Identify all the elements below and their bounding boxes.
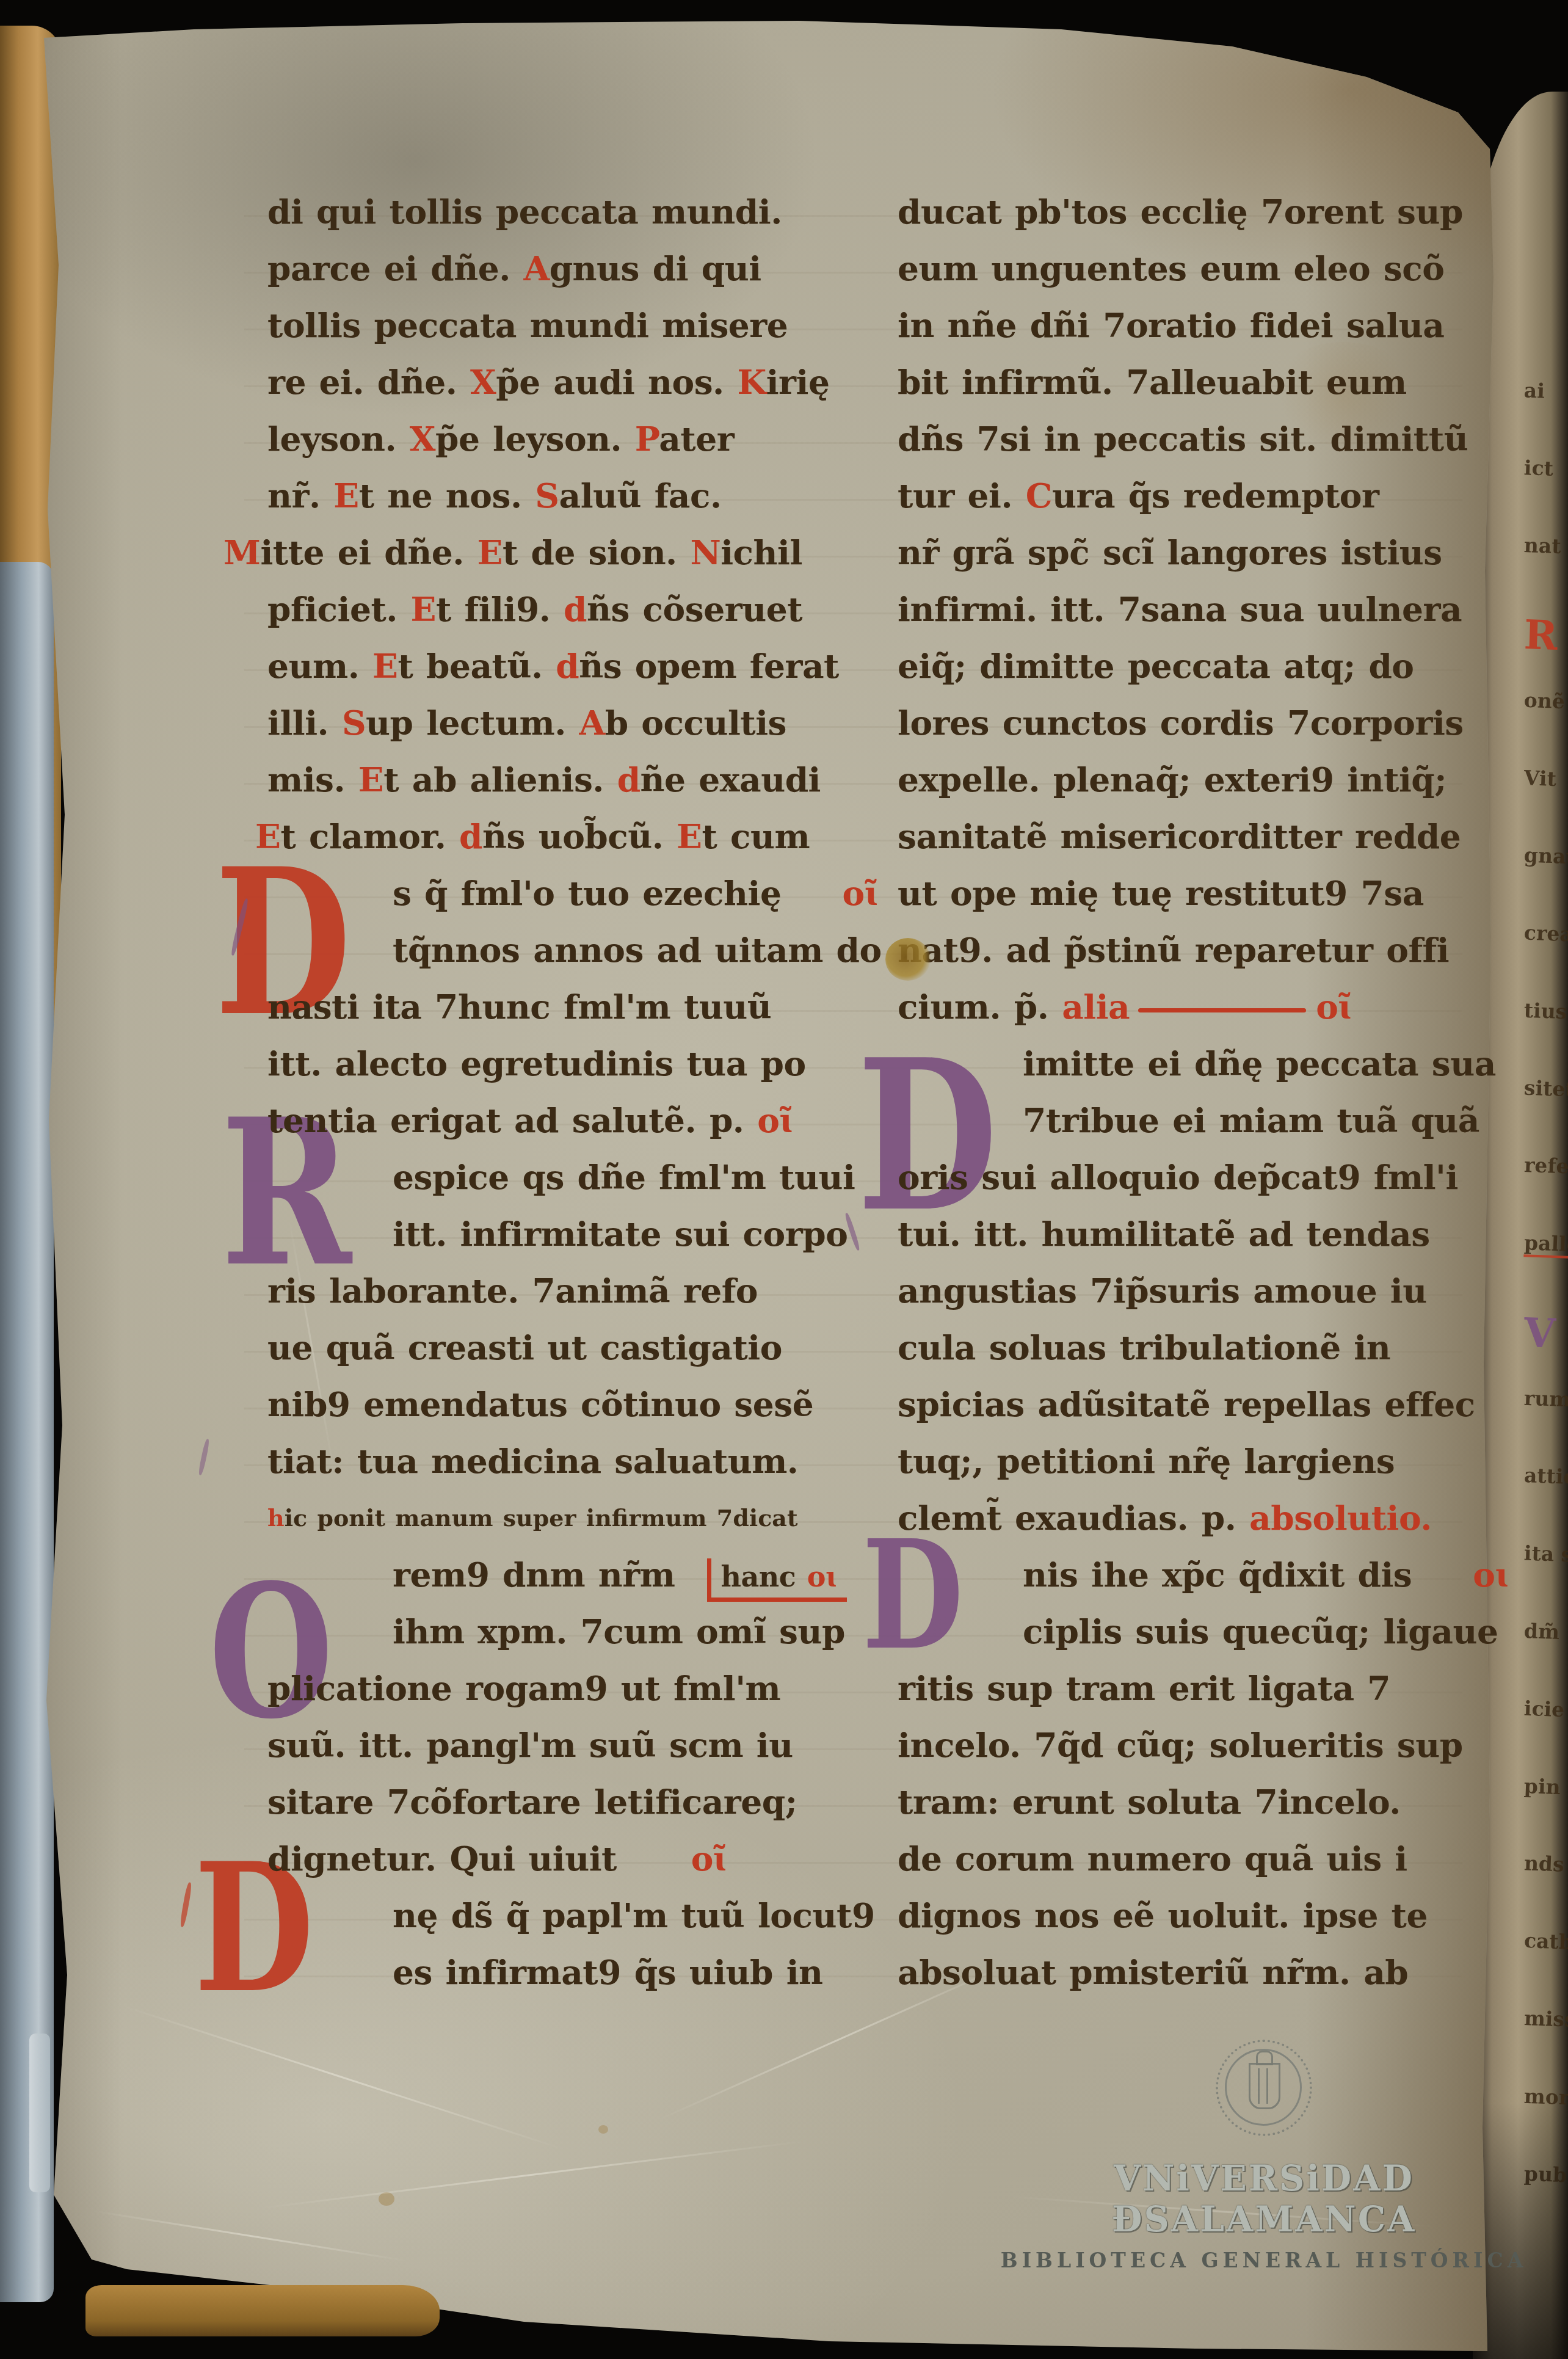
- text-segment: suũ. itt. pangl'm suũ scm iu: [267, 1725, 793, 1765]
- manuscript-line: ducat pb'tos ecclię 7orent sup: [898, 183, 1450, 240]
- manuscript-line: leyson. Xp̃e leyson. Pater: [267, 410, 820, 467]
- edge-fragment: ai: [1523, 378, 1545, 402]
- text-segment: ut ope mię tuę restitut9 7sa: [898, 873, 1424, 913]
- text-segment: ñs opem ferat: [579, 646, 839, 686]
- text-segment: S: [535, 476, 559, 515]
- page-corner-curl: [85, 2285, 440, 2336]
- text-segment: N: [690, 533, 720, 572]
- text-segment: expelle. plenaq̃; exteri9 intiq̃;: [898, 760, 1446, 799]
- edge-fragment: nds 7: [1523, 1851, 1568, 1877]
- text-segment: imitte ei dñę peccata sua: [1023, 1044, 1496, 1083]
- manuscript-line: ihm xpm. 7cum omĩ sup: [267, 1603, 820, 1660]
- text-segment: tui. itt. humilitatẽ ad tendas: [898, 1214, 1430, 1254]
- manuscript-line: incelo. 7q̃d cũq; solueritis sup: [898, 1717, 1450, 1773]
- text-segment: aluũ fac.: [559, 476, 722, 515]
- manuscript-line: tiat: tua medicina saluatum.: [267, 1433, 820, 1489]
- text-segment: E: [255, 816, 280, 856]
- text-segment: h: [267, 1504, 285, 1532]
- manuscript-line: expelle. plenaq̃; exteri9 intiq̃;: [898, 751, 1450, 808]
- text-segment: clemt̃ exaudias. p.: [898, 1498, 1249, 1538]
- text-segment: dignos nos eẽ uoluit. ipse te: [898, 1896, 1428, 1935]
- manuscript-line: mis. Et ab alienis. dñe exaudi: [267, 751, 820, 808]
- manuscript-line: pficiet. Et fili9. dñs cõseruet: [267, 581, 820, 638]
- text-segment: pficiet.: [267, 589, 411, 629]
- manuscript-line: nę ds̃ q̃ papl'm tuũ locut9: [267, 1887, 820, 1944]
- text-segment: d: [617, 760, 641, 799]
- text-segment: di qui tollis peccata mundi.: [267, 192, 782, 231]
- manuscript-line: itt. alecto egretudinis tua po: [267, 1035, 820, 1092]
- manuscript-line: plicatione rogam9 ut fml'm: [267, 1660, 820, 1717]
- manuscript-line: absoluat pmisteriũ nr̃m. ab: [898, 1944, 1450, 2001]
- university-seal-icon: [1216, 2040, 1312, 2136]
- manuscript-line: s q̃ fml'o tuo ezechięoɩ̃: [267, 865, 820, 921]
- text-segment: P: [635, 419, 659, 459]
- text-segment: absolutio.: [1249, 1498, 1432, 1538]
- manuscript-line: tui. itt. humilitatẽ ad tendas: [898, 1205, 1450, 1262]
- text-segment: leyson.: [267, 419, 410, 459]
- text-column-right: ducat pb'tos ecclię 7orent supeum unguen…: [898, 183, 1450, 2001]
- text-segment: espice qs dñe fml'm tuui: [393, 1157, 855, 1197]
- text-segment: 7tribue ei miam tuã quã: [1023, 1100, 1479, 1140]
- manuscript-line: 7tribue ei miam tuã quã: [898, 1092, 1450, 1149]
- manuscript-line: ue quã creasti ut castigatio: [267, 1319, 820, 1376]
- text-segment: A: [579, 703, 604, 743]
- manuscript-line: nasti ita 7hunc fml'm tuuũ: [267, 978, 820, 1035]
- edge-fragment: V: [1523, 1309, 1556, 1358]
- stamp-library-name: BIBLIOTECA GENERAL HISTÓRICA: [989, 2248, 1539, 2272]
- manuscript-line: suũ. itt. pangl'm suũ scm iu: [267, 1717, 820, 1773]
- manuscript-line: ut ope mię tuę restitut9 7sa: [898, 865, 1450, 921]
- text-segment: E: [333, 476, 358, 515]
- edge-fragment: rum: [1523, 1386, 1568, 1412]
- text-segment: tram: erunt soluta 7incelo.: [898, 1782, 1401, 1822]
- manuscript-line: infirmi. itt. 7sana sua uulnera: [898, 581, 1450, 638]
- edge-fragment: pin: [1523, 1774, 1561, 1799]
- edge-fragment: missio: [1523, 2006, 1568, 2032]
- manuscript-line: sanitatẽ misericorditter redde: [898, 808, 1450, 865]
- edge-fragment: icie: [1523, 1696, 1564, 1721]
- text-segment: ater: [659, 419, 734, 459]
- text-segment: d: [459, 816, 482, 856]
- seal-shield: [1249, 2063, 1280, 2109]
- edge-fragment: ita s: [1523, 1541, 1568, 1567]
- stain-spot: [598, 2125, 608, 2134]
- text-segment: re ei. dñe.: [267, 362, 470, 402]
- manuscript-line: spicias adũsitatẽ repellas effec: [898, 1376, 1450, 1433]
- text-segment: t fili9.: [436, 589, 564, 629]
- manuscript-line: espice qs dñe fml'm tuui: [267, 1149, 820, 1205]
- text-segment: S: [342, 703, 366, 743]
- manuscript-line: ciplis suis quecũq; ligaue: [898, 1603, 1450, 1660]
- edge-fragment: Vit: [1523, 766, 1556, 791]
- manuscript-line: ris laborante. 7animã refo: [267, 1262, 820, 1319]
- text-segment: E: [411, 589, 436, 629]
- text-segment: ichil: [720, 533, 802, 572]
- text-segment: ñe exaudi: [641, 760, 821, 799]
- text-segment: eiq̃; dimitte peccata atq; do: [898, 646, 1414, 686]
- edge-fragment: R: [1523, 611, 1559, 660]
- manuscript-line: ritis sup tram erit ligata 7: [898, 1660, 1450, 1717]
- text-segment: cium. p̃.: [898, 987, 1062, 1027]
- edge-fragment: referu: [1523, 1153, 1568, 1179]
- text-segment: tollis peccata mundi misere: [267, 305, 788, 345]
- manuscript-line: cula soluas tribulationẽ in: [898, 1319, 1450, 1376]
- text-segment: itte ei dñe.: [260, 533, 477, 572]
- text-segment: t clamor.: [280, 816, 459, 856]
- text-segment: tuq;, petitioni nr̃ę largiens: [898, 1441, 1395, 1481]
- text-segment: X: [410, 419, 435, 459]
- text-segment: absoluat pmisteriũ nr̃m. ab: [898, 1952, 1408, 1992]
- manuscript-line: re ei. dñe. Xp̃e audi nos. Kirię: [267, 354, 820, 410]
- manuscript-line: tollis peccata mundi misere: [267, 297, 820, 354]
- edge-fragment: nat: [1523, 533, 1561, 558]
- text-segment: oɩ: [1473, 1555, 1508, 1594]
- text-segment: t ne nos.: [359, 476, 535, 515]
- text-segment: eum.: [267, 646, 372, 686]
- red-rule: [1138, 1008, 1306, 1012]
- text-segment: ic ponit manum super infirmum 7dicat: [285, 1504, 798, 1532]
- text-segment: oɩ̃: [1316, 987, 1351, 1027]
- text-segment: lores cunctos cordis 7corporis: [898, 703, 1464, 743]
- text-segment: incelo. 7q̃d cũq; solueritis sup: [898, 1725, 1463, 1765]
- edge-fragment: gnat: [1523, 843, 1568, 869]
- text-segment: mis.: [267, 760, 358, 799]
- text-segment: tur ei.: [898, 476, 1026, 515]
- rubric-note-box: hanc oɩ: [707, 1558, 847, 1602]
- manuscript-line: eiq̃; dimitte peccata atq; do: [898, 638, 1450, 694]
- text-segment: de corum numero quã uis i: [898, 1839, 1407, 1878]
- text-segment: dñs 7si in peccatis sit. dimittũ: [898, 419, 1468, 459]
- manuscript-photo: aiictnatRonẽVitgnatcreatiussitetreferupa…: [0, 0, 1568, 2359]
- text-segment: s q̃ fml'o tuo ezechię: [393, 873, 781, 913]
- text-segment: nasti ita 7hunc fml'm tuuũ: [267, 987, 771, 1027]
- manuscript-line: nis ihe xp̃c q̃dixit disoɩ: [898, 1546, 1450, 1603]
- stain-spot: [885, 938, 931, 981]
- manuscript-line: de corum numero quã uis i: [898, 1830, 1450, 1887]
- text-segment: irię: [766, 362, 830, 402]
- text-segment: ue quã creasti ut castigatio: [267, 1328, 782, 1367]
- text-segment: es infirmat9 q̃s uiub in: [393, 1952, 823, 1992]
- edge-fragment: crea: [1523, 921, 1568, 947]
- text-segment: itt. alecto egretudinis tua po: [267, 1044, 806, 1083]
- text-segment: d: [556, 646, 579, 686]
- manuscript-line: cium. p̃. aliaoɩ̃: [898, 978, 1450, 1035]
- text-segment: hanc: [721, 1560, 807, 1593]
- text-segment: dignetur. Qui uiuit: [267, 1839, 630, 1878]
- manuscript-line: lores cunctos cordis 7corporis: [898, 694, 1450, 751]
- text-segment: E: [372, 646, 397, 686]
- text-segment: oɩ̃: [842, 873, 877, 913]
- manuscript-line: illi. Sup lectum. Ab occultis: [267, 694, 820, 751]
- text-segment: t ab alienis.: [383, 760, 617, 799]
- text-segment: ura q̃s redemptor: [1052, 476, 1379, 515]
- manuscript-line: itt. infirmitate sui corpo: [267, 1205, 820, 1262]
- text-segment: A: [523, 249, 549, 288]
- rubric-line: hic ponit manum super infirmum 7dicat: [267, 1489, 820, 1546]
- manuscript-line: in nñe dñi 7oratio fidei salua: [898, 297, 1450, 354]
- text-segment: ciplis suis quecũq; ligaue: [1023, 1612, 1498, 1651]
- text-segment: sanitatẽ misericorditter redde: [898, 816, 1461, 856]
- manuscript-line: oris sui alloquio dep̃cat9 fml'i: [898, 1149, 1450, 1205]
- text-segment: ris laborante. 7animã refo: [267, 1271, 758, 1310]
- text-segment: ducat pb'tos ecclię 7orent sup: [898, 192, 1463, 231]
- edge-fragment: ict: [1523, 456, 1553, 481]
- manuscript-line: parce ei dñe. Agnus di qui: [267, 240, 820, 297]
- manuscript-line: tentia erigat ad salutẽ. p. oɩ̃: [267, 1092, 820, 1149]
- manuscript-line: angustias 7ip̃suris amoue iu: [898, 1262, 1450, 1319]
- text-segment: nr̃.: [267, 476, 333, 515]
- text-segment: E: [477, 533, 503, 572]
- text-segment: tiat: tua medicina saluatum.: [267, 1441, 799, 1481]
- manuscript-line: dñs 7si in peccatis sit. dimittũ: [898, 410, 1450, 467]
- text-segment: K: [737, 362, 766, 402]
- manuscript-line: tram: erunt soluta 7incelo.: [898, 1773, 1450, 1830]
- text-segment: cula soluas tribulationẽ in: [898, 1328, 1390, 1367]
- manuscript-line: eum. Et beatũ. dñs opem ferat: [267, 638, 820, 694]
- text-segment: d: [564, 589, 587, 629]
- manuscript-line: nr̃ grã spc̃ scĩ langores istius: [898, 524, 1450, 581]
- text-segment: bit infirmũ. 7alleuabit eum: [898, 362, 1407, 402]
- text-segment: t cum: [702, 816, 810, 856]
- edge-fragment: sitet: [1523, 1076, 1568, 1102]
- text-segment: illi.: [267, 703, 342, 743]
- manuscript-line: nat9. ad p̃stinũ reparetur offi: [898, 921, 1450, 978]
- manuscript-line: eum unguentes eum eleo scõ: [898, 240, 1450, 297]
- edge-fragment: onẽ: [1523, 688, 1565, 713]
- text-segment: angustias 7ip̃suris amoue iu: [898, 1271, 1427, 1310]
- text-segment: ñs cõseruet: [587, 589, 802, 629]
- text-segment: C: [1026, 476, 1052, 515]
- edge-fragment: pallet: [1523, 1230, 1568, 1259]
- text-segment: nę ds̃ q̃ papl'm tuũ locut9: [393, 1896, 875, 1935]
- edge-fragment: cathol: [1523, 1928, 1568, 1955]
- text-segment: t beatũ.: [397, 646, 556, 686]
- book-leaf-edge-highlight: [29, 2034, 50, 2192]
- manuscript-line: di qui tollis peccata mundi.: [267, 183, 820, 240]
- text-segment: oɩ: [807, 1560, 836, 1593]
- manuscript-line: nr̃. Et ne nos. Saluũ fac.: [267, 467, 820, 524]
- manuscript-line: clemt̃ exaudias. p. absolutio.: [898, 1489, 1450, 1546]
- edge-fragment: atticũ: [1523, 1463, 1568, 1489]
- manuscript-line: tur ei. Cura q̃s redemptor: [898, 467, 1450, 524]
- text-segment: t de sion.: [503, 533, 690, 572]
- text-segment: oɩ̃: [757, 1100, 792, 1140]
- text-segment: tentia erigat ad salutẽ. p.: [267, 1100, 757, 1140]
- text-segment: sitare 7cõfortare letificareq;: [267, 1782, 797, 1822]
- text-segment: p̃e audi nos.: [496, 362, 737, 402]
- text-segment: nat9. ad p̃stinũ reparetur offi: [898, 930, 1449, 970]
- text-segment: nib9 emendatus cõtinuo sesẽ: [267, 1384, 813, 1424]
- edge-fragment: dm̃: [1523, 1619, 1559, 1644]
- manuscript-line: Mitte ei dñe. Et de sion. Nichil: [223, 524, 820, 581]
- text-segment: itt. infirmitate sui corpo: [393, 1214, 848, 1254]
- text-column-left: di qui tollis peccata mundi.parce ei dñe…: [267, 183, 820, 2001]
- text-segment: X: [470, 362, 496, 402]
- library-watermark: VNiVERSiDAD ĐSALAMANCA BIBLIOTECA GENERA…: [989, 2040, 1539, 2272]
- text-segment: nr̃ grã spc̃ scĩ langores istius: [898, 533, 1442, 572]
- text-segment: up lectum.: [366, 703, 579, 743]
- manuscript-line: dignos nos eẽ uoluit. ipse te: [898, 1887, 1450, 1944]
- text-segment: p̃e leyson.: [435, 419, 635, 459]
- manuscript-line: Et clamor. dñs uob̃cũ. Et cum: [255, 808, 820, 865]
- manuscript-line: imitte ei dñę peccata sua: [898, 1035, 1450, 1092]
- text-segment: oris sui alloquio dep̃cat9 fml'i: [898, 1157, 1458, 1197]
- text-segment: eum unguentes eum eleo scõ: [898, 249, 1444, 288]
- manuscript-line: sitare 7cõfortare letificareq;: [267, 1773, 820, 1830]
- text-segment: gnus di qui: [550, 249, 761, 288]
- manuscript-line: dignetur. Qui uiuit oɩ̃: [267, 1830, 820, 1887]
- text-segment: ñs uob̃cũ.: [482, 816, 677, 856]
- text-segment: alia: [1062, 987, 1130, 1027]
- stain-spot: [379, 2192, 394, 2206]
- manuscript-line: tuq;, petitioni nr̃ę largiens: [898, 1433, 1450, 1489]
- text-segment: tq̃nnos annos ad uitam do: [393, 930, 882, 970]
- stamp-institution-line2: ĐSALAMANCA: [989, 2199, 1539, 2240]
- manuscript-line: rem9 dnm nr̃mhanc oɩ: [267, 1546, 820, 1603]
- text-segment: nis ihe xp̃c q̃dixit dis: [1023, 1555, 1412, 1594]
- manuscript-line: nib9 emendatus cõtinuo sesẽ: [267, 1376, 820, 1433]
- text-segment: in nñe dñi 7oratio fidei salua: [898, 305, 1445, 345]
- text-segment: ritis sup tram erit ligata 7: [898, 1668, 1390, 1708]
- text-segment: E: [677, 816, 702, 856]
- text-segment: plicatione rogam9 ut fml'm: [267, 1668, 780, 1708]
- manuscript-line: bit infirmũ. 7alleuabit eum: [898, 354, 1450, 410]
- text-segment: parce ei dñe.: [267, 249, 523, 288]
- text-segment: infirmi. itt. 7sana sua uulnera: [898, 589, 1462, 629]
- text-segment: b occultis: [605, 703, 786, 743]
- text-segment: rem9 dnm nr̃m: [393, 1555, 675, 1594]
- text-segment: M: [223, 533, 260, 572]
- manuscript-line: es infirmat9 q̃s uiub in: [267, 1944, 820, 2001]
- edge-fragment: tius: [1523, 998, 1567, 1023]
- text-segment: ihm xpm. 7cum omĩ sup: [393, 1612, 845, 1651]
- manuscript-line: tq̃nnos annos ad uitam do: [267, 921, 820, 978]
- stamp-institution-line1: VNiVERSiDAD: [989, 2158, 1539, 2199]
- text-segment: spicias adũsitatẽ repellas effec: [898, 1384, 1475, 1424]
- text-segment: oɩ̃: [691, 1839, 726, 1878]
- text-segment: E: [358, 760, 383, 799]
